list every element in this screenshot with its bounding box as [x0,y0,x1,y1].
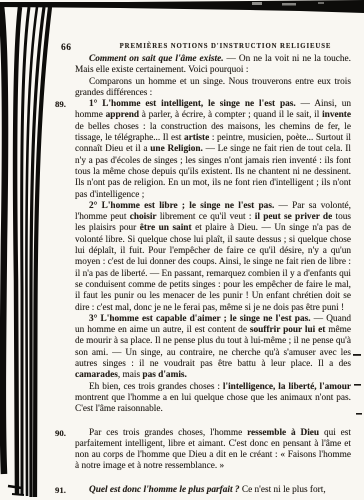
text-segment: artiste [184,133,209,143]
text-segment: pas d'amis. [142,370,186,380]
paragraph: 91.Quel est donc l'homme le plus parfait… [75,485,351,496]
text-segment: et plaire à Dieu. — Un singe n'a pas de … [75,223,351,312]
margin-marks [353,354,362,415]
spine-shadow [1,6,50,497]
text-segment: apprend [106,110,139,120]
page-header: 66 PREMIÈRES NOTIONS D'INSTRUCTION RELIG… [75,43,350,54]
text-segment: une Religion. [150,144,203,154]
text-segment: , mais [118,370,143,380]
paragraph: 90.Par ces trois grandes choses, l'homme… [75,428,351,473]
paragraph: 3° L'homme est capable d'aimer ; le sing… [75,314,351,382]
paragraph: 89.1° L'homme est intelligent, le singe … [75,99,351,201]
running-title: PREMIÈRES NOTIONS D'INSTRUCTION RELIGIEU… [75,43,350,50]
top-edge-shadow [0,0,364,13]
text-segment: Ce n'est ni le plus fort, [240,485,326,495]
text-segment: à parler, à écrire, à compter ; quand il… [139,110,322,120]
text-segment: camarades [75,370,118,380]
paragraph: Comment on sait que l'âme existe. — On n… [75,54,351,77]
text-segment: choisir [130,212,157,222]
margin-number: 89. [55,99,66,110]
text-segment: il peut se priver de [255,212,332,222]
text-segment: être un saint [140,223,192,233]
text-segment: Eh bien, ces trois grandes choses : [89,382,223,392]
page-body: Comment on sait que l'âme existe. — On n… [75,54,351,496]
text-segment: l'intelligence, la liberté, l'amour [223,382,351,392]
margin-number: 90. [55,428,66,439]
text-segment: montrent que l'homme a en lui quelque ch… [75,393,351,414]
text-segment: 1° L'homme est intelligent, le singe ne … [89,99,296,109]
text-segment: souffrir pour lui et [250,325,326,335]
text-segment: 3° L'homme est capable d'aimer ; le sing… [89,314,311,324]
paragraph: Eh bien, ces trois grandes choses : l'in… [75,382,351,416]
scanned-book-page: 66 PREMIÈRES NOTIONS D'INSTRUCTION RELIG… [0,0,364,500]
text-segment: Comment on sait que l'âme existe. [89,54,224,64]
text-segment: 2° L'homme est libre ; le singe ne l'est… [89,201,274,211]
text-segment: Comparons un homme et un singe. Nous tro… [75,77,351,98]
paragraph: Comparons un homme et un singe. Nous tro… [75,77,351,100]
margin-number: 91. [55,485,66,496]
text-segment: Quel est donc l'homme le plus parfait ? [89,485,240,495]
text-segment: invente [322,110,351,120]
page-number: 66 [61,43,72,53]
text-segment: Par ces trois grandes choses, l'homme [89,428,247,438]
paragraph: 2° L'homme est libre ; le singe ne l'est… [75,201,351,314]
text-segment: librement ce qu'il veut : [157,212,255,222]
text-segment: ressemble à Dieu [247,428,319,438]
